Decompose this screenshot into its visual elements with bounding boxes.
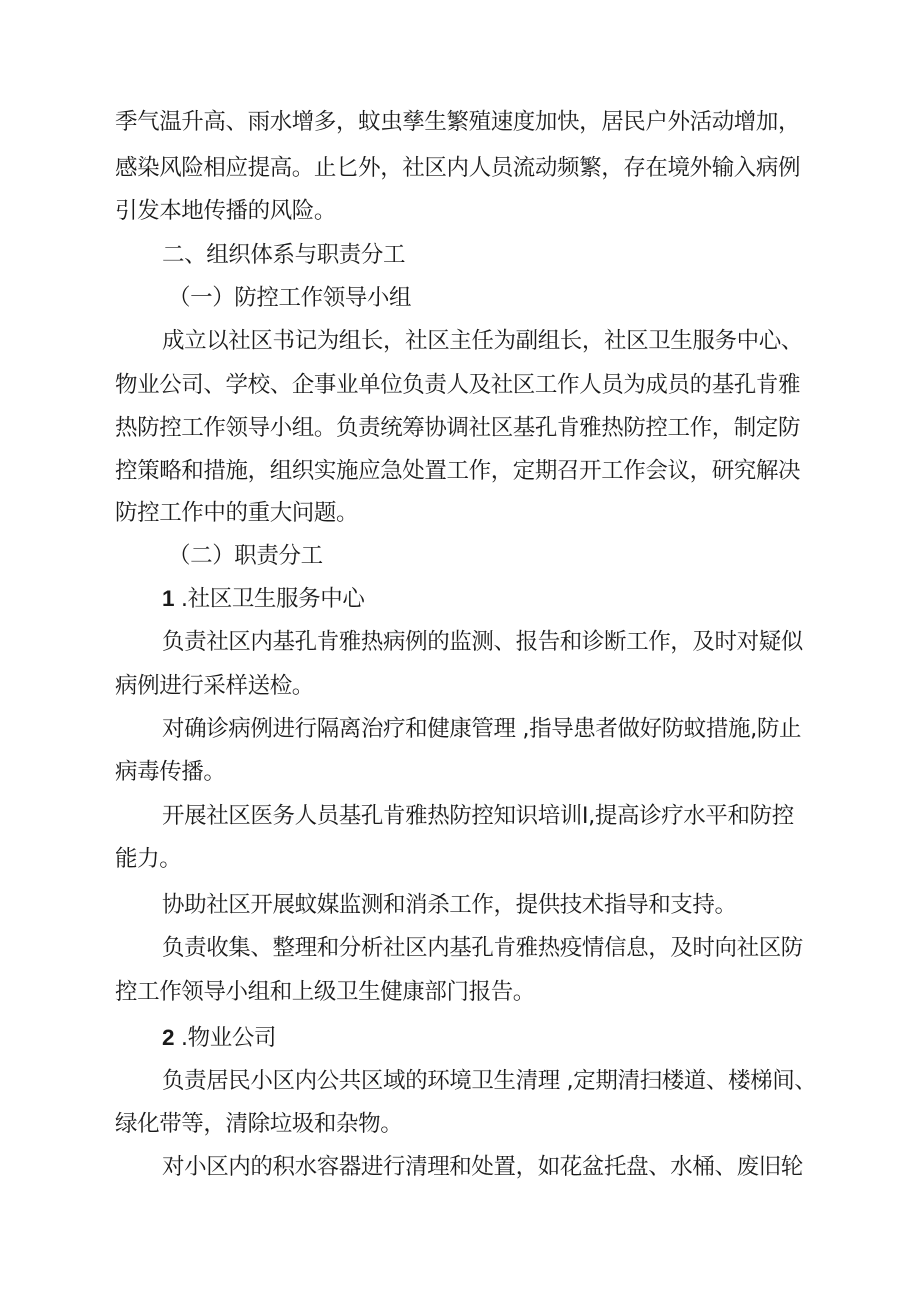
paragraph-line: 协助社区开展蚊媒监测和消杀工作，提供技术指导和支持。 — [162, 890, 737, 920]
subsection-heading: （一）防控工作领导小组 — [168, 283, 411, 313]
paragraph-line: 季气温升高、雨水增多，蚊虫孳生繁殖速度加快，居民户外活动增加， — [115, 107, 800, 137]
paragraph-line: 成立以社区书记为组长，社区主任为副组长，社区卫生服务中心、 — [162, 326, 803, 356]
paragraph-line: 对小区内的积水容器进行清理和处置，如花盆托盘、水桶、废旧轮 — [162, 1152, 803, 1182]
paragraph-line: 控策略和措施，组织实施应急处置工作，定期召开工作会议，研究解决 — [115, 456, 800, 486]
paragraph-line: 对确诊病例进行隔离治疗和健康管理 ,指导患者做好防蚊措施,防止 — [162, 714, 801, 744]
item-number: 2 — [162, 1025, 174, 1050]
numbered-heading: 2 .物业公司 — [162, 1023, 276, 1053]
paragraph-line: 开展社区医务人员基孔肯雅热防控知识培训I,提高诊疗水平和防控 — [162, 801, 794, 831]
paragraph-line: 能力。 — [115, 844, 181, 874]
item-number: 1 — [162, 586, 174, 611]
paragraph-line: 绿化带等，清除垃圾和杂物。 — [115, 1109, 402, 1139]
paragraph-line: 负责收集、整理和分析社区内基孔肯雅热疫情信息，及时向社区防 — [162, 933, 803, 963]
paragraph-line: 引发本地传播的风险。 — [115, 196, 336, 226]
numbered-heading: 1 .社区卫生服务中心 — [162, 584, 364, 614]
item-title: .社区卫生服务中心 — [174, 586, 364, 612]
document-page: 季气温升高、雨水增多，蚊虫孳生繁殖速度加快，居民户外活动增加， 感染风险相应提高… — [0, 0, 920, 1301]
paragraph-line: 控工作领导小组和上级卫生健康部门报告。 — [115, 977, 535, 1007]
section-heading: 二、组织体系与职责分工 — [162, 240, 405, 270]
item-title: .物业公司 — [174, 1025, 276, 1051]
paragraph-line: 负责居民小区内公共区域的环境卫生清理 ,定期清扫楼道、楼梯间、 — [162, 1066, 816, 1096]
paragraph-line: 物业公司、学校、企事业单位负责人及社区工作人员为成员的基孔肯雅 — [115, 370, 800, 400]
paragraph-line: 感染风险相应提高。止匕外，社区内人员流动频繁，存在境外输入病例 — [115, 153, 800, 183]
paragraph-line: 防控工作中的重大问题。 — [115, 498, 358, 528]
subsection-heading: （二）职责分工 — [168, 541, 323, 571]
paragraph-line: 热防控工作领导小组。负责统筹协调社区基孔肯雅热防控工作，制定防 — [115, 413, 800, 443]
paragraph-line: 病例进行采样送检。 — [115, 671, 314, 701]
paragraph-line: 负责社区内基孔肯雅热病例的监测、报告和诊断工作，及时对疑似 — [162, 627, 803, 657]
paragraph-line: 病毒传播。 — [115, 757, 226, 787]
